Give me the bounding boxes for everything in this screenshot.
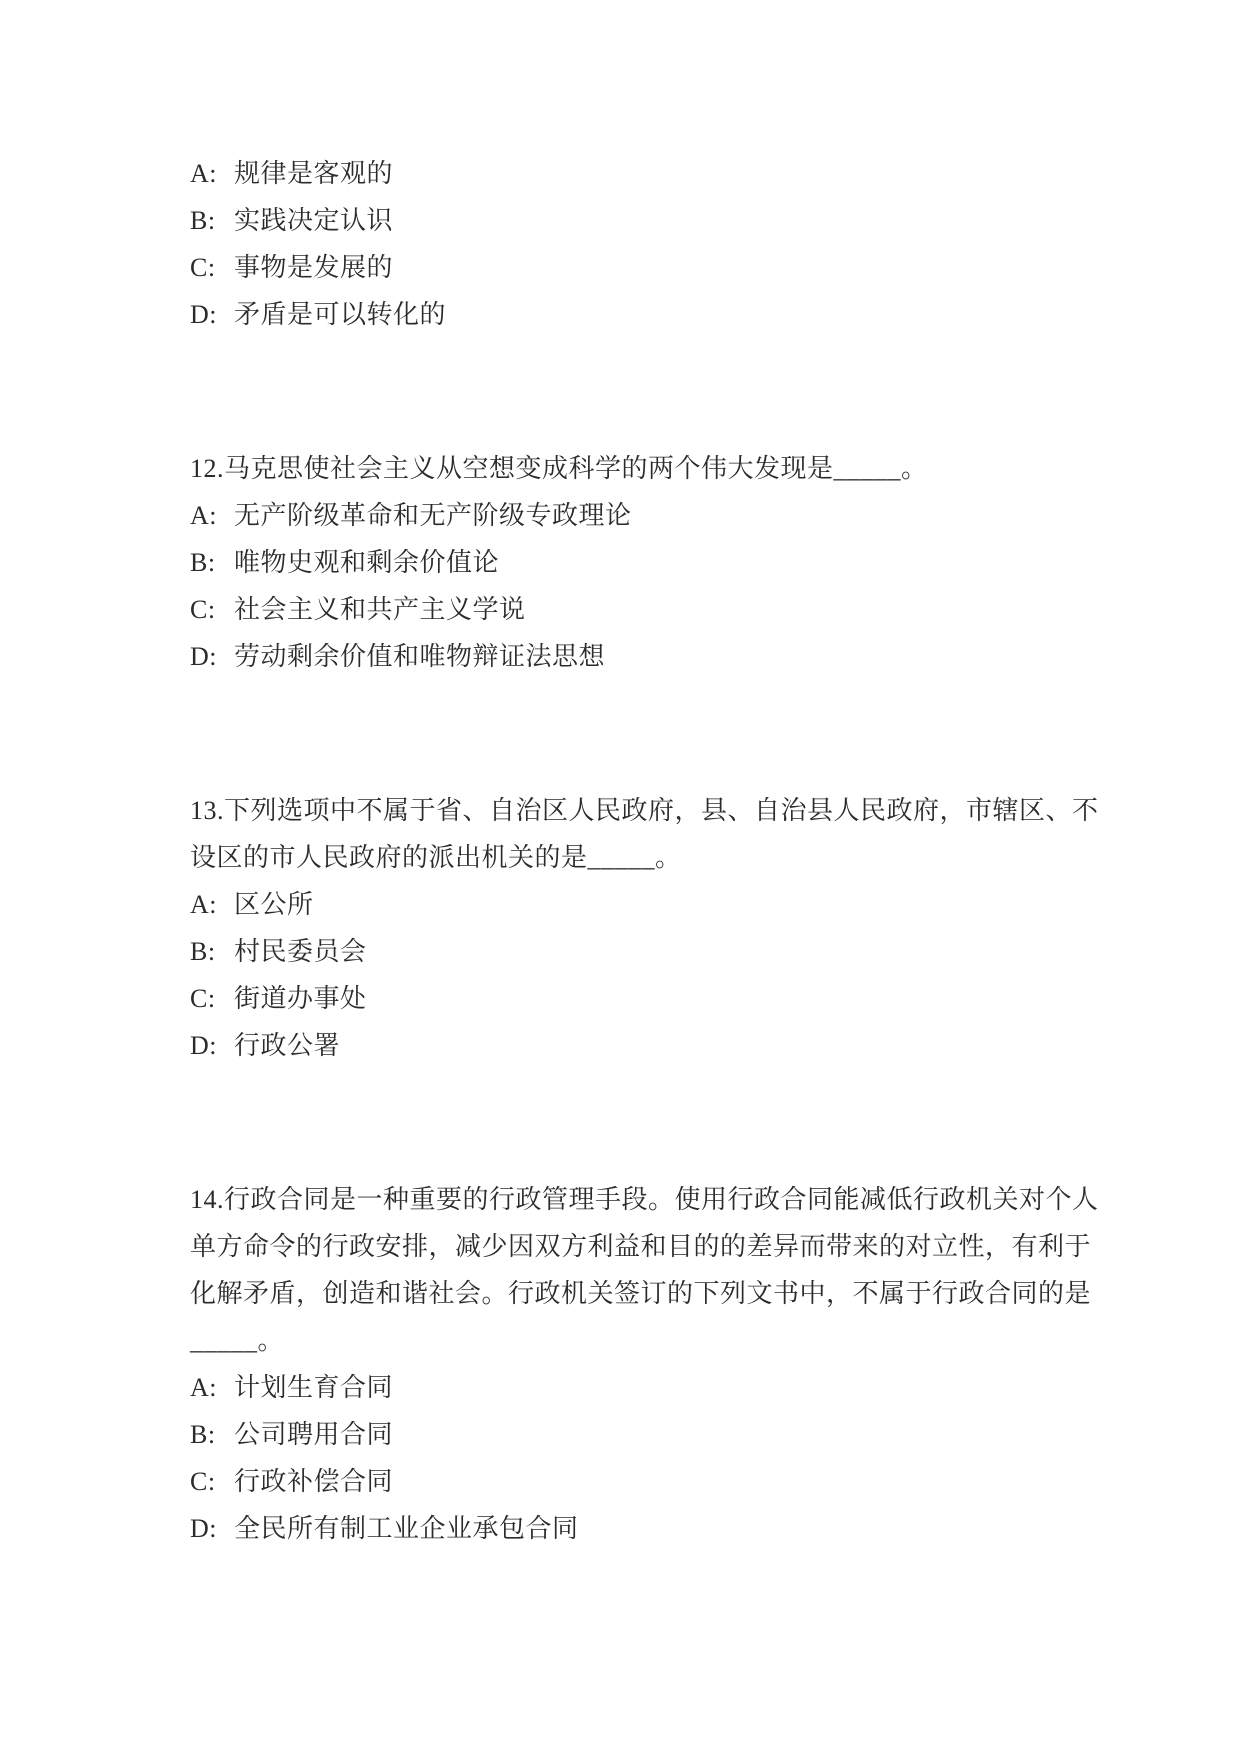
option-text: 全民所有制工业企业承包合同 — [234, 1514, 579, 1543]
option-text: 村民委员会 — [234, 937, 367, 966]
option-text: 矛盾是可以转化的 — [234, 300, 446, 329]
option-row: C:行政补偿合同 — [190, 1458, 1100, 1505]
question-block-12: 12.马克思使社会主义从空想变成科学的两个伟大发现是_____。 A:无产阶级革… — [190, 445, 1100, 680]
option-row: A:区公所 — [190, 881, 1100, 928]
option-label: D: — [190, 1022, 234, 1069]
option-row: A:无产阶级革命和无产阶级专政理论 — [190, 492, 1100, 539]
option-label: C: — [190, 244, 234, 291]
option-label: C: — [190, 1458, 234, 1505]
option-label: C: — [190, 586, 234, 633]
option-label: A: — [190, 492, 234, 539]
option-label: C: — [190, 975, 234, 1022]
option-row: D:行政公署 — [190, 1022, 1100, 1069]
option-text: 街道办事处 — [234, 984, 367, 1013]
option-label: B: — [190, 197, 234, 244]
option-label: B: — [190, 928, 234, 975]
option-text: 劳动剩余价值和唯物辩证法思想 — [234, 642, 605, 671]
option-row: C:街道办事处 — [190, 975, 1100, 1022]
option-label: B: — [190, 1411, 234, 1458]
option-row: A:计划生育合同 — [190, 1364, 1100, 1411]
option-text: 实践决定认识 — [234, 206, 393, 235]
option-label: B: — [190, 539, 234, 586]
question-stem-line: 14.行政合同是一种重要的行政管理手段。使用行政合同能减低行政机关对个人 — [190, 1176, 1100, 1223]
option-label: D: — [190, 291, 234, 338]
option-row: C:社会主义和共产主义学说 — [190, 586, 1100, 633]
question-block-14: 14.行政合同是一种重要的行政管理手段。使用行政合同能减低行政机关对个人 单方命… — [190, 1176, 1100, 1552]
option-text: 社会主义和共产主义学说 — [234, 595, 526, 624]
option-row: B:村民委员会 — [190, 928, 1100, 975]
option-row: A:规律是客观的 — [190, 150, 1100, 197]
option-text: 唯物史观和剩余价值论 — [234, 548, 499, 577]
option-row: B:唯物史观和剩余价值论 — [190, 539, 1100, 586]
question-block-11-options: A:规律是客观的 B:实践决定认识 C:事物是发展的 D:矛盾是可以转化的 — [190, 150, 1100, 338]
option-label: D: — [190, 1505, 234, 1552]
option-text: 事物是发展的 — [234, 253, 393, 282]
option-text: 行政公署 — [234, 1031, 340, 1060]
question-stem-line: 单方命令的行政安排，减少因双方利益和目的的差异而带来的对立性，有利于 — [190, 1223, 1100, 1270]
option-text: 无产阶级革命和无产阶级专政理论 — [234, 501, 632, 530]
option-row: D:全民所有制工业企业承包合同 — [190, 1505, 1100, 1552]
question-stem-line: 13.下列选项中不属于省、自治区人民政府，县、自治县人民政府，市辖区、不 — [190, 787, 1100, 834]
option-row: C:事物是发展的 — [190, 244, 1100, 291]
question-stem-line: _____。 — [190, 1317, 1100, 1364]
option-text: 规律是客观的 — [234, 159, 393, 188]
question-stem-line: 设区的市人民政府的派出机关的是_____。 — [190, 834, 1100, 881]
option-label: A: — [190, 150, 234, 197]
option-text: 公司聘用合同 — [234, 1420, 393, 1449]
option-label: A: — [190, 881, 234, 928]
option-text: 行政补偿合同 — [234, 1467, 393, 1496]
exam-content: A:规律是客观的 B:实践决定认识 C:事物是发展的 D:矛盾是可以转化的 12… — [0, 0, 1240, 1552]
question-stem-line: 12.马克思使社会主义从空想变成科学的两个伟大发现是_____。 — [190, 445, 1100, 492]
option-row: D:劳动剩余价值和唯物辩证法思想 — [190, 633, 1100, 680]
option-label: A: — [190, 1364, 234, 1411]
option-row: B:公司聘用合同 — [190, 1411, 1100, 1458]
question-block-13: 13.下列选项中不属于省、自治区人民政府，县、自治县人民政府，市辖区、不 设区的… — [190, 787, 1100, 1069]
document-page: A:规律是客观的 B:实践决定认识 C:事物是发展的 D:矛盾是可以转化的 12… — [0, 0, 1240, 1753]
option-label: D: — [190, 633, 234, 680]
option-text: 计划生育合同 — [234, 1373, 393, 1402]
option-row: B:实践决定认识 — [190, 197, 1100, 244]
question-stem-line: 化解矛盾，创造和谐社会。行政机关签订的下列文书中，不属于行政合同的是 — [190, 1270, 1100, 1317]
option-row: D:矛盾是可以转化的 — [190, 291, 1100, 338]
option-text: 区公所 — [234, 890, 314, 919]
